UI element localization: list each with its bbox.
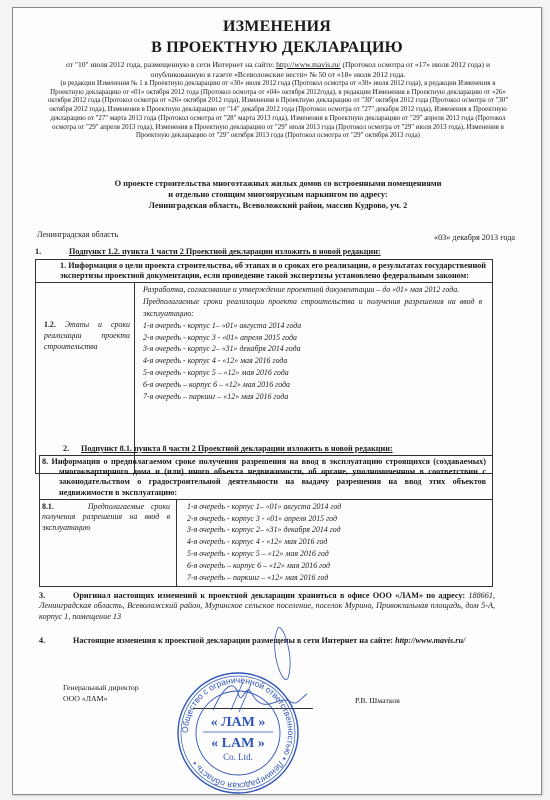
redactions-text: (в редакции Изменения № 1 в Проектную де… (43, 80, 513, 141)
section2-table-header: 8. Информация о предполагаемом сроке пол… (40, 456, 493, 500)
section1-stage-1: 1-я очередь - корпус 1– «01» августа 201… (143, 320, 482, 332)
svg-text:« LAM »: « LAM » (211, 736, 265, 751)
svg-text:Co. Ltd.: Co. Ltd. (223, 752, 253, 762)
section1-stage-6: 6-я очередь – корпус 6 – «12» мая 2016 г… (143, 379, 482, 391)
website-link[interactable]: http://www.mavis.ru/ (276, 60, 340, 69)
intro-text: от "10" июля 2012 года, размещенную в се… (43, 60, 513, 80)
document-date: «03» декабря 2013 года (434, 233, 515, 242)
section1-stage-list: 1-я очередь - корпус 1– «01» августа 201… (143, 320, 482, 403)
signatory-company: ООО «ЛАМ» (63, 694, 108, 704)
document-title-line2: В ПРОЕКТНУЮ ДЕКЛАРАЦИЮ (13, 39, 541, 57)
section2-stage-1: 1-я очередь - корпус 1– «01» августа 201… (187, 501, 486, 513)
svg-text:Общество с ограниченной ответс: Общество с ограниченной ответственностью… (180, 675, 296, 791)
section2-row-label: 8.1. Предполагаемые сроки получения разр… (40, 499, 177, 586)
section1-stage-5: 5-я очередь - корпус 5 – «12» мая 2016 г… (143, 367, 482, 379)
place-label: Ленинградская область (37, 230, 118, 239)
section2-stage-5: 5-я очередь - корпус 5 – «12» мая 2016 г… (187, 548, 486, 560)
section2-stage-7: 7-я очередь – паркинг – «12» мая 2016 го… (187, 572, 486, 584)
section2-heading: 2.Подпункт 8.1. пункта 8 части 2 Проектн… (63, 444, 393, 453)
company-seal-stamp: Общество с ограниченной ответственностью… (173, 668, 303, 798)
subject-line1: О проекте строительства многоэтажных жил… (53, 178, 503, 189)
section2-row-content: 1-я очередь - корпус 1– «01» августа 201… (177, 499, 493, 586)
section1-table: 1. Информация о цели проекта строительст… (35, 259, 493, 474)
document-page: ИЗМЕНЕНИЯ В ПРОЕКТНУЮ ДЕКЛАРАЦИЮ от "10"… (12, 7, 542, 795)
subject-line2: и отдельно стоящим многоярусным паркинго… (53, 189, 503, 200)
section1-stage-2: 2-я очередь - корпус 3 - «01» апреля 201… (143, 332, 482, 344)
section2-stage-4: 4-я очередь - корпус 4 - «12» мая 2016 г… (187, 536, 486, 548)
svg-text:« ЛАМ »: « ЛАМ » (211, 715, 266, 730)
section2-stage-list: 1-я очередь - корпус 1– «01» августа 201… (187, 501, 486, 584)
section1-stage-7: 7-я очередь – паркинг – «12» мая 2016 го… (143, 391, 482, 403)
section2-stage-6: 6-я очередь – корпус 6 – «12» мая 2016 г… (187, 560, 486, 572)
section2-table: 8. Информация о предполагаемом сроке пол… (39, 455, 493, 587)
subject-block: О проекте строительства многоэтажных жил… (53, 178, 503, 212)
signatory-name: Р.В. Шматков (355, 696, 400, 706)
document-title-line1: ИЗМЕНЕНИЯ (13, 18, 541, 36)
signatory-position: Генеральный директор (63, 683, 139, 693)
section1-stage-3: 3-я очередь - корпус 2– «31» декабря 201… (143, 343, 482, 355)
section1-heading: 1.Подпункт 1.2. пункта 1 части 2 Проектн… (35, 247, 381, 256)
section4-website-link[interactable]: http://www.mavis.ru/ (395, 636, 465, 645)
section2-stage-2: 2-я очередь - корпус 3 - «01» апреля 201… (187, 513, 486, 525)
section1-stage-4: 4-я очередь - корпус 4 - «12» мая 2016 г… (143, 355, 482, 367)
subject-line3: Ленинградская область, Всеволожский райо… (53, 200, 503, 211)
section2-stage-3: 3-я очередь - корпус 2– «31» декабря 201… (187, 524, 486, 536)
section1-table-header: 1. Информация о цели проекта строительст… (36, 260, 493, 283)
